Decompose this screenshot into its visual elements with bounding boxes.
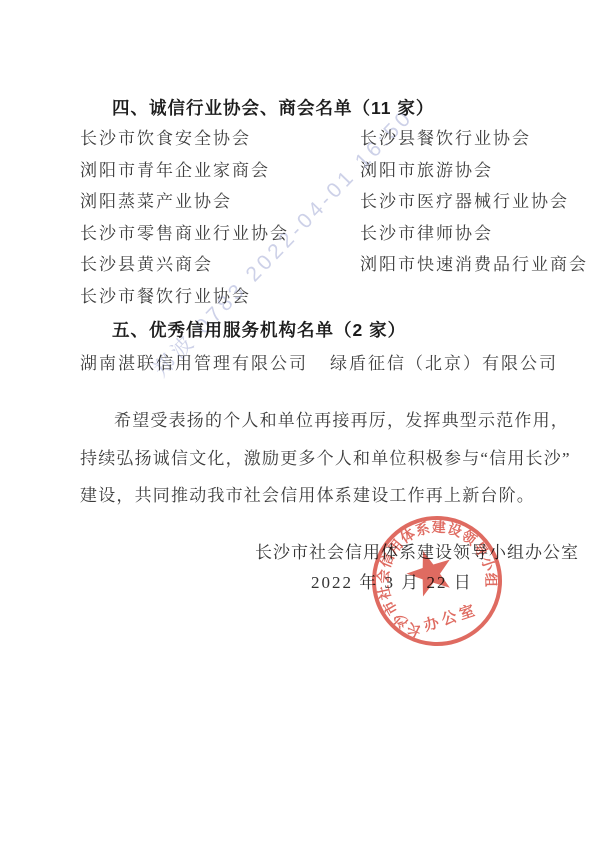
section4-heading: 四、诚信行业协会、商会名单（11 家） <box>112 95 434 120</box>
association-name: 长沙市医疗器械行业协会 <box>360 187 569 212</box>
document-content: 四、诚信行业协会、商会名单（11 家） 长沙市饮食安全协会 长沙县餐饮行业协会 … <box>0 0 596 843</box>
section5-heading: 五、优秀信用服务机构名单（2 家） <box>112 317 406 342</box>
agency-name: 绿盾征信（北京）有限公司 <box>330 349 558 374</box>
association-list: 长沙市饮食安全协会 长沙县餐饮行业协会 浏阳市青年企业家商会 浏阳市旅游协会 浏… <box>80 121 566 310</box>
issuing-office-signature: 长沙市社会信用体系建设领导小组办公室 <box>255 538 579 563</box>
document-page: 郑波 0783 2022-04-01 16:50 四、诚信行业协会、商会名单（1… <box>0 0 596 843</box>
table-row: 长沙市餐饮行业协会 <box>80 279 566 311</box>
table-row: 浏阳市青年企业家商会 浏阳市旅游协会 <box>80 153 566 185</box>
association-name: 长沙市餐饮行业协会 <box>80 282 251 307</box>
association-name: 浏阳蒸菜产业协会 <box>80 187 232 212</box>
table-row: 长沙市零售商业行业协会 长沙市律师协会 <box>80 216 566 248</box>
paragraph-line: 持续弘扬诚信文化，激励更多个人和单位积极参与“信用长沙” <box>80 440 542 478</box>
paragraph-line: 建设，共同推动我市社会信用体系建设工作再上新台阶。 <box>80 477 542 515</box>
association-name: 浏阳市青年企业家商会 <box>80 156 270 181</box>
table-row: 浏阳蒸菜产业协会 长沙市医疗器械行业协会 <box>80 184 566 216</box>
association-name: 浏阳市快速消费品行业商会 <box>360 250 588 275</box>
association-name: 长沙县餐饮行业协会 <box>360 124 531 149</box>
paragraph-line: 希望受表扬的个人和单位再接再厉，发挥典型示范作用， <box>80 402 542 440</box>
service-agency-row: 湖南湛联信用管理有限公司 绿盾征信（北京）有限公司 <box>80 349 566 374</box>
document-date: 2022 年 3 月 22 日 <box>311 568 473 593</box>
association-name: 长沙市零售商业行业协会 <box>80 219 289 244</box>
association-name: 长沙市饮食安全协会 <box>80 124 251 149</box>
association-name: 浏阳市旅游协会 <box>360 156 493 181</box>
agency-name: 湖南湛联信用管理有限公司 <box>80 354 308 373</box>
association-name: 长沙县黄兴商会 <box>80 250 213 275</box>
closing-paragraph: 希望受表扬的个人和单位再接再厉，发挥典型示范作用， 持续弘扬诚信文化，激励更多个… <box>80 402 542 515</box>
table-row: 长沙市饮食安全协会 长沙县餐饮行业协会 <box>80 121 566 153</box>
table-row: 长沙县黄兴商会 浏阳市快速消费品行业商会 <box>80 247 566 279</box>
association-name: 长沙市律师协会 <box>360 219 493 244</box>
